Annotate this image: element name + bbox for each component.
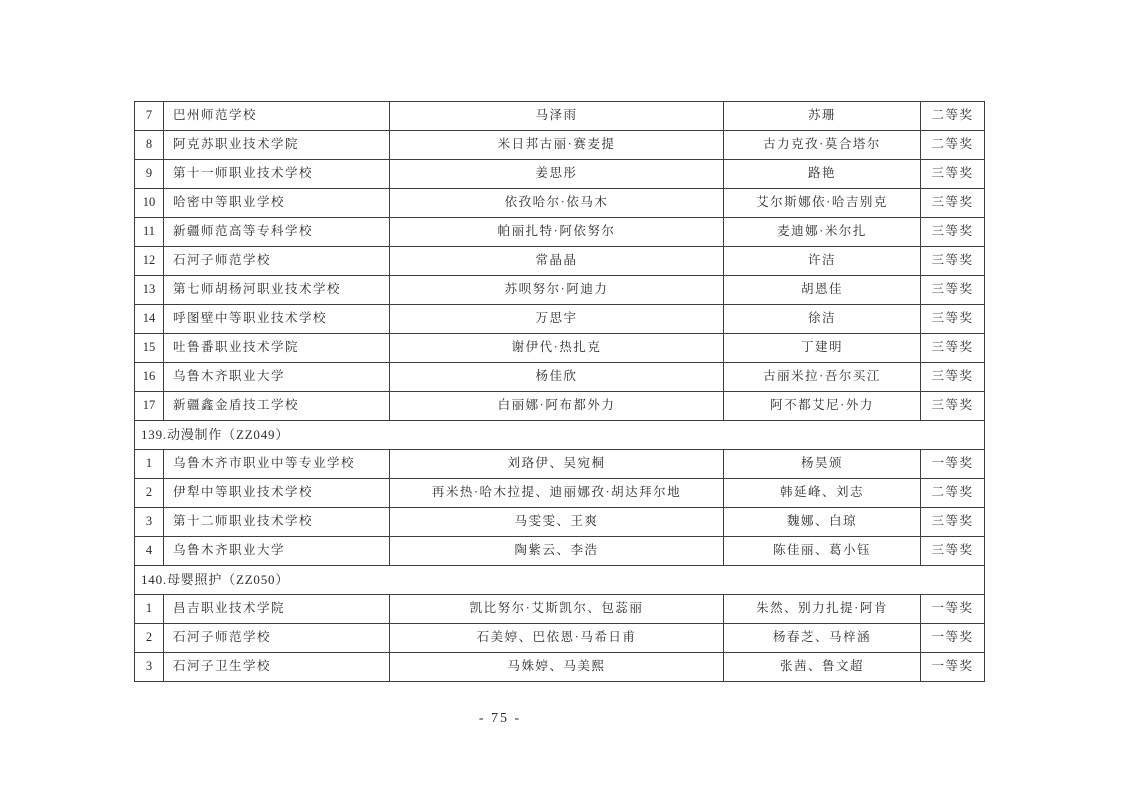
cell-award: 一等奖 (921, 450, 985, 479)
table-row: 16乌鲁木齐职业大学杨佳欣古丽米拉·吾尔买江三等奖 (135, 363, 985, 392)
cell-number: 13 (135, 276, 164, 305)
cell-teacher: 古丽米拉·吾尔买江 (724, 363, 921, 392)
cell-number: 4 (135, 537, 164, 566)
cell-student: 常晶晶 (390, 247, 724, 276)
cell-teacher: 丁建明 (724, 334, 921, 363)
cell-student: 白丽娜·阿布都外力 (390, 392, 724, 421)
cell-number: 17 (135, 392, 164, 421)
cell-school: 新疆鑫金盾技工学校 (164, 392, 390, 421)
cell-number: 2 (135, 479, 164, 508)
cell-school: 石河子卫生学校 (164, 653, 390, 682)
cell-student: 刘珞伊、吴宛桐 (390, 450, 724, 479)
cell-student: 再米热·哈木拉提、迪丽娜孜·胡达拜尔地 (390, 479, 724, 508)
table-row: 8阿克苏职业技术学院米日邦古丽·赛麦提古力克孜·莫合塔尔二等奖 (135, 131, 985, 160)
cell-student: 帕丽扎特·阿依努尔 (390, 218, 724, 247)
table-row: 1昌吉职业技术学院凯比努尔·艾斯凯尔、包蕊丽朱然、别力扎提·阿肯一等奖 (135, 595, 985, 624)
cell-number: 1 (135, 450, 164, 479)
cell-teacher: 路艳 (724, 160, 921, 189)
cell-student: 陶紫云、李浩 (390, 537, 724, 566)
section-header-label: 139.动漫制作（ZZ049） (135, 421, 985, 450)
cell-award: 三等奖 (921, 218, 985, 247)
cell-number: 12 (135, 247, 164, 276)
table-row: 1乌鲁木齐市职业中等专业学校刘珞伊、吴宛桐杨昊颁一等奖 (135, 450, 985, 479)
cell-school: 阿克苏职业技术学院 (164, 131, 390, 160)
cell-number: 2 (135, 624, 164, 653)
table-row: 11新疆师范高等专科学校帕丽扎特·阿依努尔麦迪娜·米尔扎三等奖 (135, 218, 985, 247)
cell-student: 依孜哈尔·依马木 (390, 189, 724, 218)
cell-student: 米日邦古丽·赛麦提 (390, 131, 724, 160)
cell-award: 三等奖 (921, 247, 985, 276)
cell-award: 一等奖 (921, 624, 985, 653)
cell-student: 姜思彤 (390, 160, 724, 189)
cell-number: 9 (135, 160, 164, 189)
table-row: 4乌鲁木齐职业大学陶紫云、李浩陈佳丽、葛小钰三等奖 (135, 537, 985, 566)
cell-award: 三等奖 (921, 160, 985, 189)
cell-award: 二等奖 (921, 102, 985, 131)
cell-award: 三等奖 (921, 508, 985, 537)
cell-student: 马泽雨 (390, 102, 724, 131)
cell-teacher: 麦迪娜·米尔扎 (724, 218, 921, 247)
cell-school: 伊犁中等职业技术学校 (164, 479, 390, 508)
cell-school: 吐鲁番职业技术学院 (164, 334, 390, 363)
table-row: 2石河子师范学校石美婷、巴依恩·马希日甫杨春芝、马梓涵一等奖 (135, 624, 985, 653)
cell-award: 一等奖 (921, 653, 985, 682)
cell-teacher: 古力克孜·莫合塔尔 (724, 131, 921, 160)
cell-award: 三等奖 (921, 305, 985, 334)
cell-number: 1 (135, 595, 164, 624)
table-row: 7巴州师范学校马泽雨苏珊二等奖 (135, 102, 985, 131)
cell-award: 二等奖 (921, 479, 985, 508)
cell-student: 谢伊代·热扎克 (390, 334, 724, 363)
cell-teacher: 张茜、鲁文超 (724, 653, 921, 682)
cell-award: 三等奖 (921, 276, 985, 305)
section-header-row: 140.母婴照护（ZZ050） (135, 566, 985, 595)
cell-number: 11 (135, 218, 164, 247)
cell-school: 第十一师职业技术学校 (164, 160, 390, 189)
cell-award: 三等奖 (921, 189, 985, 218)
table-row: 17新疆鑫金盾技工学校白丽娜·阿布都外力阿不都艾尼·外力三等奖 (135, 392, 985, 421)
cell-school: 呼图壁中等职业技术学校 (164, 305, 390, 334)
cell-award: 三等奖 (921, 392, 985, 421)
cell-number: 3 (135, 653, 164, 682)
table-row: 3第十二师职业技术学校马雯雯、王爽魏娜、白琼三等奖 (135, 508, 985, 537)
table-row: 15吐鲁番职业技术学院谢伊代·热扎克丁建明三等奖 (135, 334, 985, 363)
cell-teacher: 魏娜、白琼 (724, 508, 921, 537)
cell-school: 石河子师范学校 (164, 624, 390, 653)
cell-teacher: 苏珊 (724, 102, 921, 131)
cell-teacher: 韩延峰、刘志 (724, 479, 921, 508)
cell-number: 16 (135, 363, 164, 392)
document-page: 7巴州师范学校马泽雨苏珊二等奖8阿克苏职业技术学院米日邦古丽·赛麦提古力克孜·莫… (0, 0, 1122, 793)
cell-award: 一等奖 (921, 595, 985, 624)
cell-teacher: 陈佳丽、葛小钰 (724, 537, 921, 566)
award-table: 7巴州师范学校马泽雨苏珊二等奖8阿克苏职业技术学院米日邦古丽·赛麦提古力克孜·莫… (134, 101, 985, 682)
cell-teacher: 胡恩佳 (724, 276, 921, 305)
cell-school: 乌鲁木齐职业大学 (164, 537, 390, 566)
cell-school: 乌鲁木齐职业大学 (164, 363, 390, 392)
cell-teacher: 阿不都艾尼·外力 (724, 392, 921, 421)
cell-school: 昌吉职业技术学院 (164, 595, 390, 624)
cell-school: 新疆师范高等专科学校 (164, 218, 390, 247)
cell-school: 第十二师职业技术学校 (164, 508, 390, 537)
cell-award: 三等奖 (921, 537, 985, 566)
cell-award: 三等奖 (921, 363, 985, 392)
award-table-body: 7巴州师范学校马泽雨苏珊二等奖8阿克苏职业技术学院米日邦古丽·赛麦提古力克孜·莫… (135, 102, 985, 682)
cell-number: 14 (135, 305, 164, 334)
section-header-label: 140.母婴照护（ZZ050） (135, 566, 985, 595)
cell-school: 乌鲁木齐市职业中等专业学校 (164, 450, 390, 479)
table-row: 12石河子师范学校常晶晶许洁三等奖 (135, 247, 985, 276)
cell-teacher: 杨春芝、马梓涵 (724, 624, 921, 653)
table-row: 3石河子卫生学校马姝婷、马美熙张茜、鲁文超一等奖 (135, 653, 985, 682)
cell-student: 万思宇 (390, 305, 724, 334)
cell-school: 哈密中等职业学校 (164, 189, 390, 218)
cell-student: 马雯雯、王爽 (390, 508, 724, 537)
cell-number: 15 (135, 334, 164, 363)
cell-student: 苏呗努尔·阿迪力 (390, 276, 724, 305)
cell-teacher: 许洁 (724, 247, 921, 276)
table-row: 14呼图壁中等职业技术学校万思宇徐洁三等奖 (135, 305, 985, 334)
cell-number: 3 (135, 508, 164, 537)
cell-school: 石河子师范学校 (164, 247, 390, 276)
cell-student: 凯比努尔·艾斯凯尔、包蕊丽 (390, 595, 724, 624)
cell-student: 石美婷、巴依恩·马希日甫 (390, 624, 724, 653)
table-row: 2伊犁中等职业技术学校再米热·哈木拉提、迪丽娜孜·胡达拜尔地韩延峰、刘志二等奖 (135, 479, 985, 508)
cell-number: 8 (135, 131, 164, 160)
cell-teacher: 徐洁 (724, 305, 921, 334)
cell-student: 杨佳欣 (390, 363, 724, 392)
cell-school: 巴州师范学校 (164, 102, 390, 131)
cell-award: 三等奖 (921, 334, 985, 363)
table-row: 10哈密中等职业学校依孜哈尔·依马木艾尔斯娜依·哈吉别克三等奖 (135, 189, 985, 218)
cell-teacher: 朱然、别力扎提·阿肯 (724, 595, 921, 624)
table-row: 9第十一师职业技术学校姜思彤路艳三等奖 (135, 160, 985, 189)
table-row: 13第七师胡杨河职业技术学校苏呗努尔·阿迪力胡恩佳三等奖 (135, 276, 985, 305)
cell-student: 马姝婷、马美熙 (390, 653, 724, 682)
cell-teacher: 杨昊颁 (724, 450, 921, 479)
cell-school: 第七师胡杨河职业技术学校 (164, 276, 390, 305)
cell-teacher: 艾尔斯娜依·哈吉别克 (724, 189, 921, 218)
cell-number: 10 (135, 189, 164, 218)
cell-award: 二等奖 (921, 131, 985, 160)
cell-number: 7 (135, 102, 164, 131)
section-header-row: 139.动漫制作（ZZ049） (135, 421, 985, 450)
page-number: - 75 - (0, 711, 1000, 727)
